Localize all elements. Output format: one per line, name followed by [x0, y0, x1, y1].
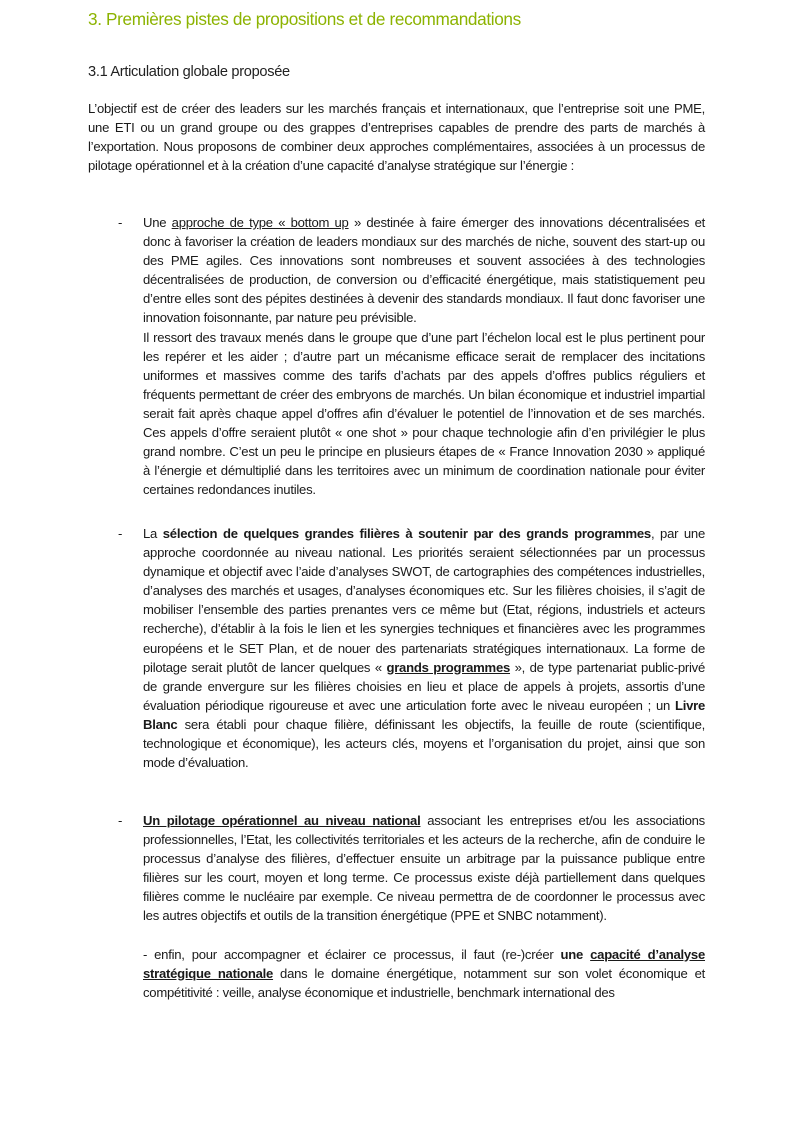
- bullet-bottom-up: - Une approche de type « bottom up » des…: [88, 213, 705, 499]
- intro-paragraph: L’objectif est de créer des leaders sur …: [88, 99, 705, 175]
- subsection-heading: 3.1 Articulation globale proposée: [88, 64, 290, 80]
- bullet-body: associant les entreprises et/ou les asso…: [143, 813, 705, 923]
- bullet-text: Un pilotage opérationnel au niveau natio…: [143, 811, 705, 926]
- bullet-lead: Une: [143, 215, 172, 230]
- section-heading: 3. Premières pistes de propositions et d…: [88, 9, 521, 30]
- bullet-text: Une approche de type « bottom up » desti…: [143, 213, 705, 328]
- bullet-dash: -: [118, 213, 122, 232]
- bullet-body: , par une approche coordonnée au niveau …: [143, 526, 705, 675]
- bullet-pilotage: - Un pilotage opérationnel au niveau nat…: [88, 811, 705, 1002]
- bullet-lead: La: [143, 526, 163, 541]
- bullet-dash: -: [118, 524, 122, 543]
- sub-lead: - enfin, pour accompagner et éclairer ce…: [143, 947, 561, 962]
- bullet-body: » destinée à faire émerger des innovatio…: [143, 215, 705, 325]
- bold-term: une: [561, 947, 591, 962]
- bold-underlined-term: grands programmes: [386, 660, 510, 675]
- document-page: 3. Premières pistes de propositions et d…: [0, 0, 793, 1122]
- bullet-grandes-filieres: - La sélection de quelques grandes filiè…: [88, 524, 705, 772]
- bullet-dash: -: [118, 811, 122, 830]
- bullet-text: La sélection de quelques grandes filière…: [143, 524, 705, 772]
- sub-paragraph: - enfin, pour accompagner et éclairer ce…: [143, 945, 705, 1002]
- bullet-body-3: sera établi pour chaque filière, définis…: [143, 717, 705, 770]
- bullet-continuation: Il ressort des travaux menés dans le gro…: [143, 328, 705, 500]
- underlined-term: approche de type « bottom up: [172, 215, 349, 230]
- bold-term: sélection de quelques grandes filières à…: [163, 526, 651, 541]
- bold-underlined-term: Un pilotage opérationnel au niveau natio…: [143, 813, 420, 828]
